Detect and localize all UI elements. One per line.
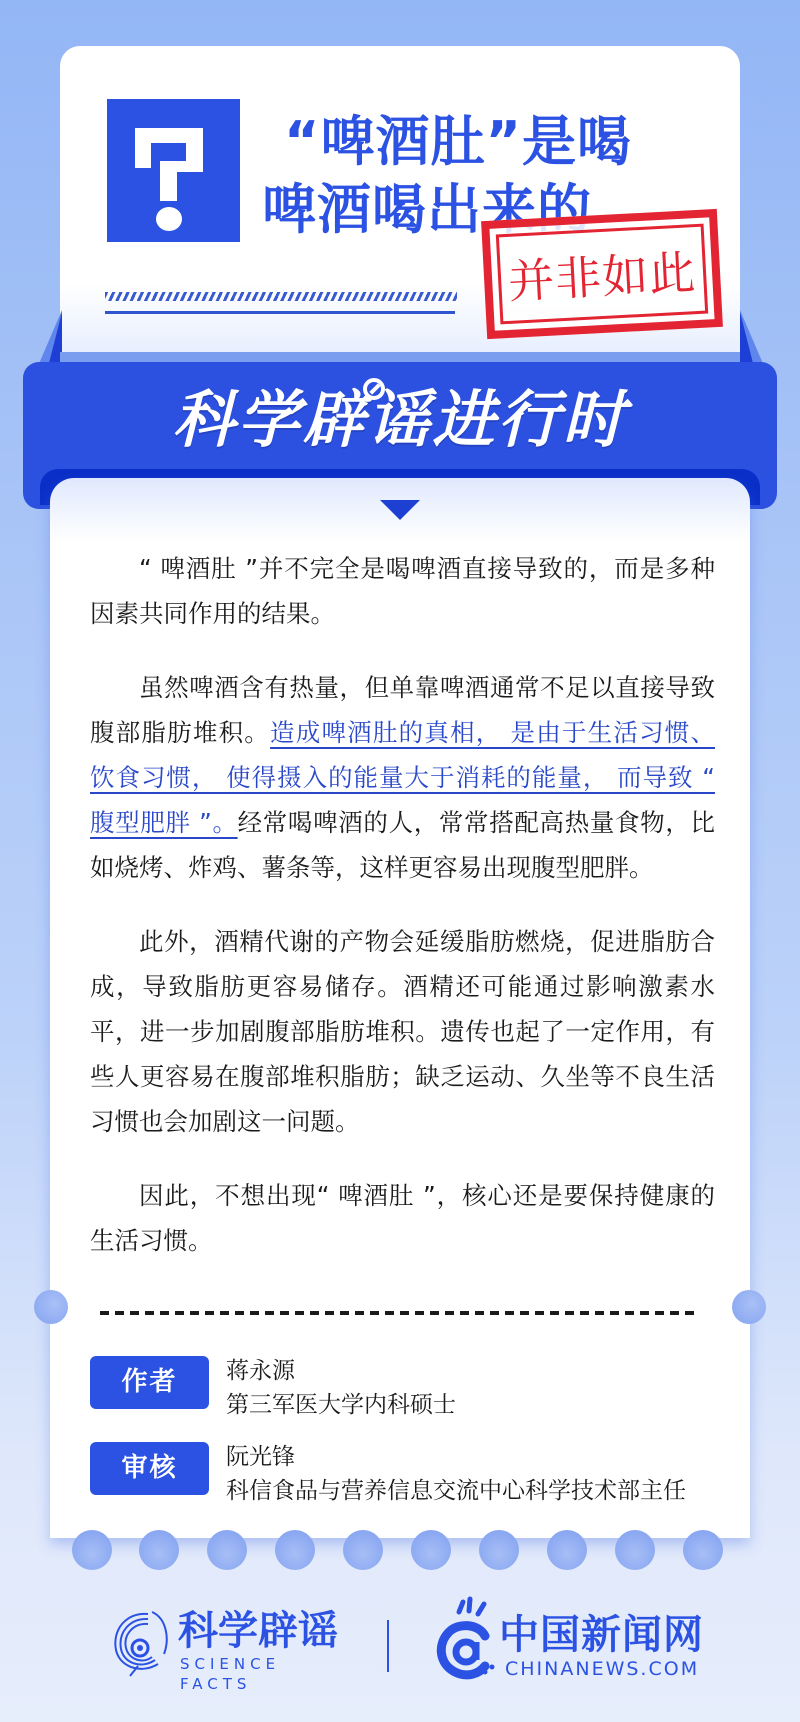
author-name: 蒋永源 xyxy=(226,1352,295,1385)
article-paragraph: 因此，不想出现“ 啤酒肚 ”，核心还是要保持健康的生活习惯。 xyxy=(90,1173,715,1263)
triangle-down-icon xyxy=(380,500,420,520)
chinanews-name-en: CHINANEWS.COM xyxy=(505,1658,699,1680)
chinanews-name-cn: 中国新闻网 xyxy=(499,1612,704,1658)
article-paragraph: 此外，酒精代谢的产物会延缓脂肪燃烧，促进脂肪合成，导致脂肪更容易储存。酒精还可能… xyxy=(90,919,715,1144)
stamp-text: 并非如此 xyxy=(496,224,708,325)
at-sign-logo-icon xyxy=(433,1596,503,1686)
science-facts-name-en: SCIENCE FACTS xyxy=(180,1654,338,1694)
ticket-notch-right xyxy=(732,1290,766,1324)
chinanews-logo[interactable]: 中国新闻网 CHINANEWS.COM xyxy=(433,1596,723,1686)
decorative-rule xyxy=(105,311,455,314)
decorative-stripes xyxy=(105,292,457,301)
article-paragraph: “ 啤酒肚 ”并不完全是喝啤酒直接导致的，而是多种因素共同作用的结果。 xyxy=(90,546,715,636)
headline-line-1: “啤酒肚”是喝 xyxy=(262,108,722,176)
science-facts-logo-icon xyxy=(108,1608,174,1678)
article-paragraph: 虽然啤酒含有热量，但单靠啤酒通常不足以直接导致腹部脂肪堆积。造成啤酒肚的真相， … xyxy=(90,665,715,890)
reviewer-name: 阮光锋 xyxy=(226,1438,295,1471)
banner-title: 科学辟谣进行时 xyxy=(0,370,800,470)
author-tag: 作者 xyxy=(90,1356,209,1409)
question-mark-icon xyxy=(107,99,240,242)
article-body: “ 啤酒肚 ”并不完全是喝啤酒直接导致的，而是多种因素共同作用的结果。 虽然啤酒… xyxy=(90,546,715,1292)
footer-separator xyxy=(387,1620,389,1672)
science-facts-logo[interactable]: 科学辟谣 SCIENCE FACTS xyxy=(108,1608,338,1678)
reviewer-title: 科信食品与营养信息交流中心科学技术部主任 xyxy=(226,1472,686,1505)
scalloped-edge xyxy=(50,1530,750,1560)
ticket-notch-left xyxy=(34,1290,68,1324)
author-title: 第三军医大学内科硕士 xyxy=(226,1386,456,1419)
dashed-divider xyxy=(100,1311,700,1315)
verdict-stamp: 并非如此 xyxy=(481,209,723,339)
science-facts-name-cn: 科学辟谣 xyxy=(178,1608,338,1654)
no-sign-icon xyxy=(363,378,385,400)
reviewer-tag: 审核 xyxy=(90,1442,209,1495)
